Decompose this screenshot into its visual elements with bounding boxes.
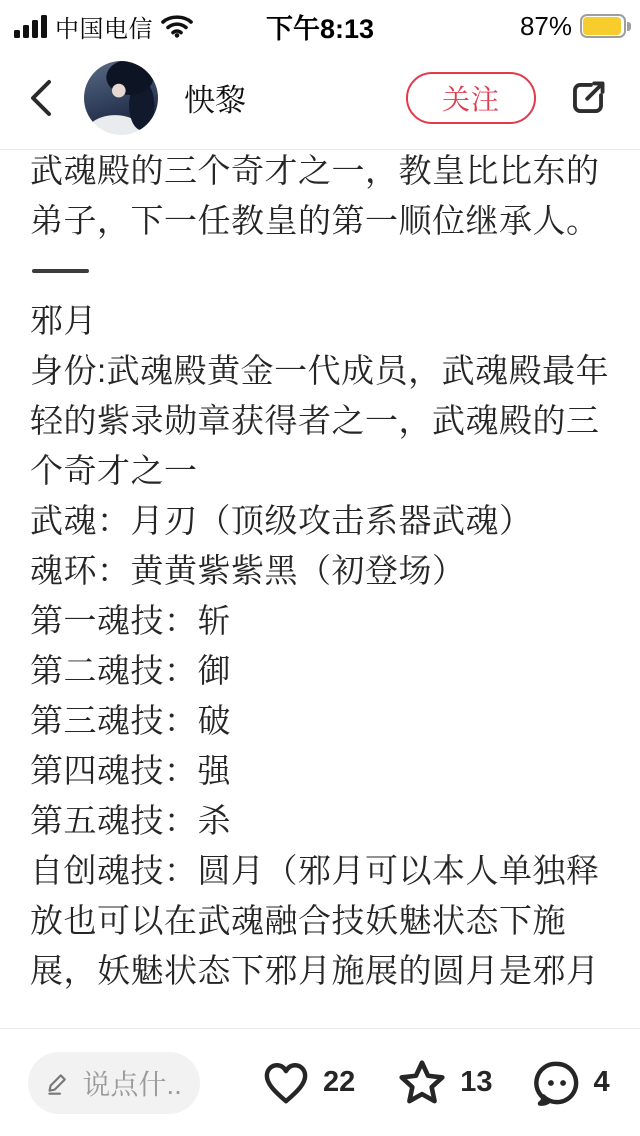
star-icon xyxy=(393,1054,451,1112)
username-label[interactable]: 怏黎 xyxy=(184,75,246,120)
post-text-line: 个奇才之一 xyxy=(30,446,612,496)
post-text-line: 第一魂技：斩 xyxy=(30,596,612,646)
like-button[interactable]: 22 xyxy=(258,1055,355,1111)
post-text-line: 轻的紫录勋章获得者之一，武魂殿的三 xyxy=(30,396,612,446)
share-icon xyxy=(565,75,611,121)
pencil-icon xyxy=(44,1068,72,1098)
comment-bubble-icon xyxy=(529,1055,585,1111)
battery-fill xyxy=(583,17,621,35)
chevron-left-icon xyxy=(28,76,54,120)
status-bar: 中国电信 下午8:13 87% xyxy=(0,0,640,46)
like-count: 22 xyxy=(323,1066,355,1099)
collect-button[interactable]: 13 xyxy=(393,1054,492,1112)
share-button[interactable] xyxy=(564,74,612,122)
post-body: 武魂殿的三个奇才之一，教皇比比东的弟子，下一任教皇的第一顺位继承人。邪月身份:武… xyxy=(0,151,640,1026)
text-divider xyxy=(30,246,612,296)
bottom-bar: 说点什... 22 13 4 xyxy=(0,1028,640,1136)
app-screen: 中国电信 下午8:13 87% 怏黎 关注 xyxy=(0,0,640,1136)
post-text-line: 第五魂技：杀 xyxy=(30,796,612,846)
post-text-line: 邪月 xyxy=(30,296,612,346)
nav-bar: 怏黎 关注 xyxy=(0,46,640,150)
post-text-line: 身份:武魂殿黄金一代成员，武魂殿最年 xyxy=(30,346,612,396)
post-text-line: 展，妖魅状态下邪月施展的圆月是邪月 xyxy=(30,946,612,996)
battery-percent-label: 87% xyxy=(520,11,572,42)
post-text-line: 自创魂技：圆月（邪月可以本人单独释 xyxy=(30,846,612,896)
post-text-line: 第四魂技：强 xyxy=(30,746,612,796)
comment-placeholder: 说点什... xyxy=(82,1063,184,1103)
follow-button[interactable]: 关注 xyxy=(406,72,536,124)
comment-button[interactable]: 4 xyxy=(529,1055,610,1111)
post-text-line: 放也可以在武魂融合技妖魅状态下施 xyxy=(30,896,612,946)
post-text-line: 第二魂技：御 xyxy=(30,646,612,696)
back-button[interactable] xyxy=(28,68,68,128)
post-text-line: 魂环：黄黄紫紫黑（初登场） xyxy=(30,546,612,596)
post-text-line: 弟子，下一任教皇的第一顺位继承人。 xyxy=(30,196,612,246)
comment-count: 4 xyxy=(594,1066,610,1099)
post-text-line: 第三魂技：破 xyxy=(30,696,612,746)
avatar[interactable] xyxy=(84,61,158,135)
battery-icon xyxy=(580,14,626,38)
comment-input[interactable]: 说点什... xyxy=(28,1052,200,1114)
post-text-line: 武魂：月刃（顶级攻击系器武魂） xyxy=(30,496,612,546)
post-text-line: 武魂殿的三个奇才之一，教皇比比东的 xyxy=(30,151,612,196)
collect-count: 13 xyxy=(460,1066,492,1099)
heart-icon xyxy=(258,1055,314,1111)
